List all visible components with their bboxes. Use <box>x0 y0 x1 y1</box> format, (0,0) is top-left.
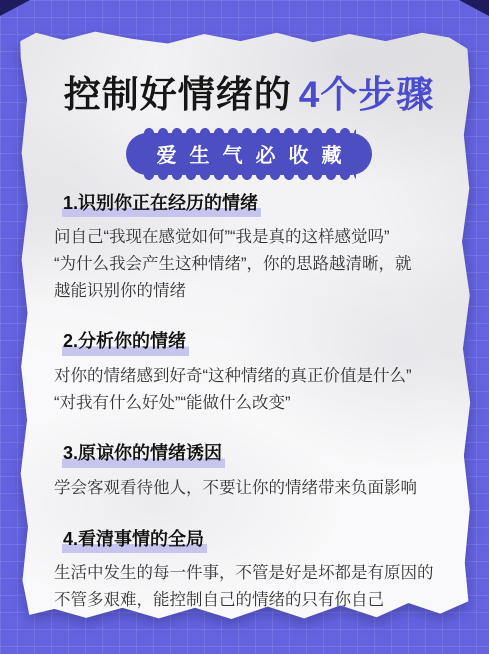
paper-sheet: 控制好情绪的4个步骤 爱生气必收藏 1.识别你正在经历的情绪 问自己“我现在感觉… <box>18 28 472 622</box>
section-3-heading: 3.原谅你的情绪诱因 <box>62 443 225 468</box>
title-main-text: 控制好情绪的 <box>64 74 292 115</box>
section-4-heading: 4.看清事情的全局 <box>62 529 207 554</box>
subtitle-badge-label: 爱生气必收藏 <box>144 139 355 168</box>
section-1-heading: 1.识别你正在经历的情绪 <box>62 193 261 218</box>
corner-accent-left <box>0 0 30 16</box>
title-highlight-text: 4个步骤 <box>299 74 435 115</box>
paper-content: 控制好情绪的4个步骤 爱生气必收藏 1.识别你正在经历的情绪 问自己“我现在感觉… <box>18 28 472 614</box>
section-4-body: 生活中发生的每一件事，不管是好是坏都是有原因的 不管多艰难，能控制自己的情绪的只… <box>54 560 448 613</box>
poster-canvas: { "poster": { "title": { "main": "控制好情绪的… <box>0 0 489 654</box>
section-2-body: 对你的情绪感到好奇“这种情绪的真正价值是什么” “对我有什么好处”“能做什么改变… <box>54 363 448 416</box>
page-title: 控制好情绪的4个步骤 <box>48 74 450 117</box>
section-1-body: 问自己“我现在感觉如何”“我是真的这样感觉吗” “为什么我会产生这种情绪”，你的… <box>54 224 448 304</box>
section-2-heading: 2.分析你的情绪 <box>62 331 189 356</box>
badge-row: 爱生气必收藏 <box>48 133 450 175</box>
section-step-4: 4.看清事情的全局 生活中发生的每一件事，不管是好是坏都是有原因的 不管多艰难，… <box>62 529 448 614</box>
section-step-2: 2.分析你的情绪 对你的情绪感到好奇“这种情绪的真正价值是什么” “对我有什么好… <box>62 331 448 416</box>
section-3-body: 学会客观看待他人，不要让你的情绪带来负面影响 <box>54 475 448 502</box>
paper-sheet-wrap: 控制好情绪的4个步骤 爱生气必收藏 1.识别你正在经历的情绪 问自己“我现在感觉… <box>18 28 472 622</box>
sections-list: 1.识别你正在经历的情绪 问自己“我现在感觉如何”“我是真的这样感觉吗” “为什… <box>48 193 450 614</box>
subtitle-badge: 爱生气必收藏 <box>126 133 372 175</box>
corner-accent-right <box>459 0 489 16</box>
section-step-1: 1.识别你正在经历的情绪 问自己“我现在感觉如何”“我是真的这样感觉吗” “为什… <box>62 193 448 305</box>
section-step-3: 3.原谅你的情绪诱因 学会客观看待他人，不要让你的情绪带来负面影响 <box>62 443 448 501</box>
